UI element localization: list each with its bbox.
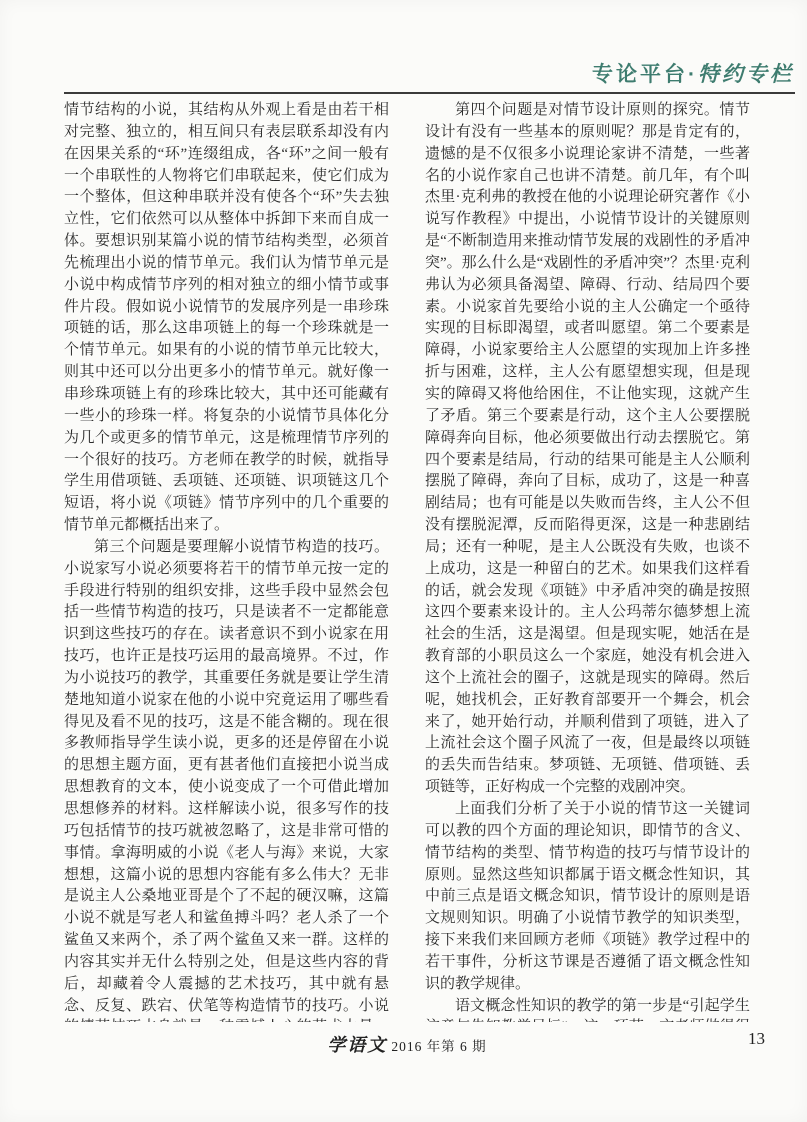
scanned-journal-page: 专论平台·特约专栏 情节结构的小说，其结构从外观上看是由若干相对完整、独立的，相… — [0, 0, 807, 1122]
header-divider — [64, 92, 795, 94]
column-section-left: 专论平台 — [592, 63, 688, 86]
column-section-separator: · — [688, 63, 698, 86]
column-section-right: 特约专栏 — [698, 62, 794, 86]
journal-name: 学语文 — [327, 1035, 387, 1055]
left-column: 情节结构的小说，其结构从外观上看是由若干相对完整、独立的，相互间只有表层联系却没… — [64, 100, 389, 1022]
paragraph: 情节结构的小说，其结构从外观上看是由若干相对完整、独立的，相互间只有表层联系却没… — [64, 100, 389, 537]
paragraph: 语文概念性知识的教学的第一步是“引起学生注意与告知教学目标”。这一环节，方老师做… — [425, 996, 750, 1022]
paragraph: 第三个问题是要理解小说情节构造的技巧。小说家写小说必须要将若干的情节单元按一定的… — [64, 537, 389, 1022]
page-number: 13 — [748, 1029, 765, 1049]
paragraph: 上面我们分析了关于小说的情节这一关键词可以教的四个方面的理论知识，即情节的含义、… — [425, 799, 750, 996]
journal-issue: 2016 年第 6 期 — [391, 1039, 486, 1054]
article-body: 情节结构的小说，其结构从外观上看是由若干相对完整、独立的，相互间只有表层联系却没… — [64, 100, 750, 1022]
footer: 学语文 2016 年第 6 期 — [64, 1031, 750, 1057]
journal-column-header: 专论平台·特约专栏 — [592, 58, 794, 88]
paragraph: 第四个问题是对情节设计原则的探究。情节设计有没有一些基本的原则呢？那是肯定有的，… — [425, 100, 750, 799]
right-column: 第四个问题是对情节设计原则的探究。情节设计有没有一些基本的原则呢？那是肯定有的，… — [425, 100, 750, 1022]
